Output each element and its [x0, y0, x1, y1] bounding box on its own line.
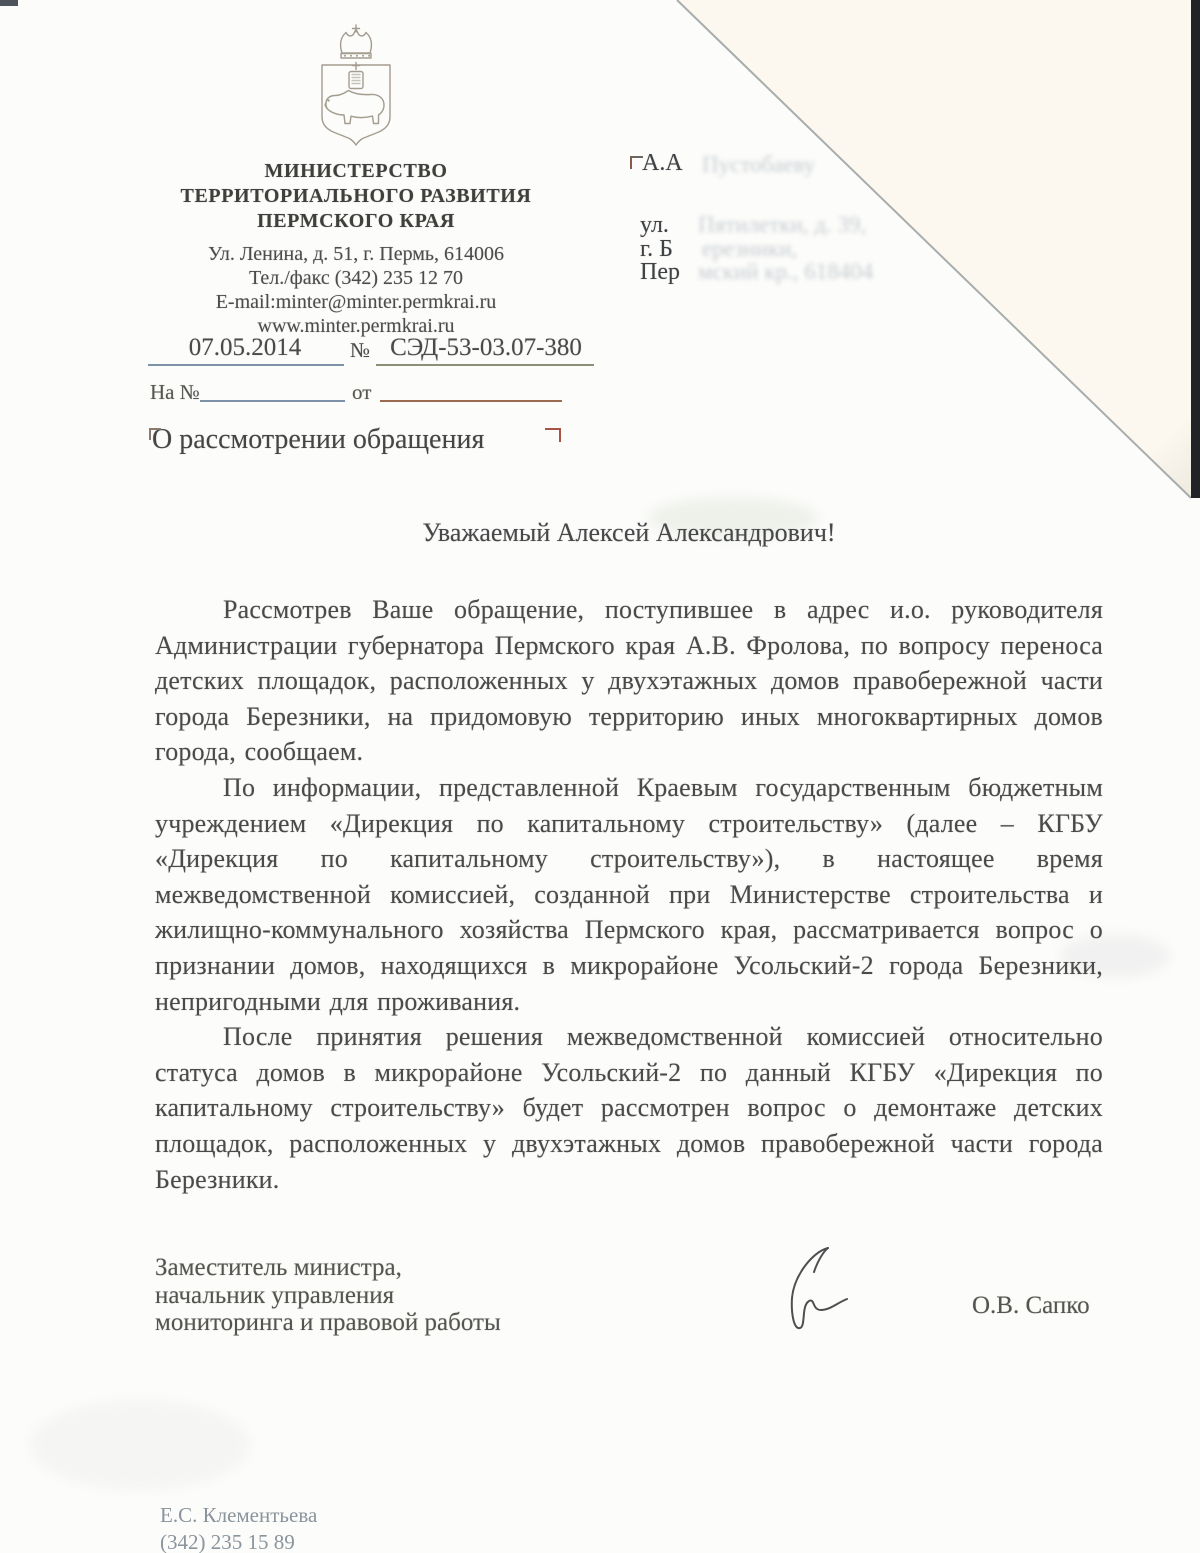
scan-edge-mark [0, 0, 18, 6]
letter-body: Уважаемый Алексей Александрович! Рассмот… [155, 518, 1103, 1197]
addressee-region-fragment: Пер [640, 259, 680, 286]
handwritten-signature-icon [762, 1240, 872, 1340]
signer-name: О.В. Сапко [972, 1292, 1090, 1320]
org-contacts: Ул. Ленина, д. 51, г. Пермь, 614006 Тел.… [140, 242, 572, 338]
signer-position-line: мониторинга и правовой работы [155, 1309, 615, 1337]
corner-mark-icon [149, 428, 161, 440]
from-underline [380, 400, 562, 402]
org-name-line: МИНИСТЕРСТВО [140, 159, 572, 184]
addressee-street-fragment: ул. [640, 212, 669, 239]
executor-phone: (342) 235 15 89 [160, 1529, 317, 1553]
addressee-initials: А.А [642, 150, 683, 177]
scan-smudge [30, 1400, 250, 1490]
org-phone: Тел./факс (342) 235 12 70 [140, 266, 572, 290]
letter-subject: О рассмотрении обращения [152, 424, 484, 456]
paragraph-3: После принятия решения межведомственной … [155, 1019, 1103, 1197]
in-reply-label: На № [150, 380, 200, 405]
salutation: Уважаемый Алексей Александрович! [155, 518, 1103, 548]
addressee-faint-street: Пятилетки, д. 39, [698, 212, 866, 238]
corner-mark-icon [630, 156, 643, 169]
paragraph-2: По информации, представленной Краевым го… [155, 770, 1103, 1019]
addressee-faint-region: мский кр., 618404 [698, 259, 873, 285]
from-label: от [352, 380, 371, 405]
corner-mark-icon [545, 428, 561, 442]
number-underline [376, 364, 594, 366]
in-reply-underline [200, 400, 345, 402]
scanner-edge-strip [1191, 0, 1200, 498]
letter-date: 07.05.2014 [150, 334, 340, 362]
signer-position: Заместитель министра, начальник управлен… [155, 1254, 615, 1337]
number-sign: № [350, 338, 370, 363]
scanned-letter-page: Пустобаеву Пятилетки, д. 39, ерезники, м… [0, 0, 1200, 1553]
executor-name: Е.С. Клементьева [160, 1502, 317, 1529]
org-address: Ул. Ленина, д. 51, г. Пермь, 614006 [140, 242, 572, 266]
letterhead: МИНИСТЕРСТВО ТЕРРИТОРИАЛЬНОГО РАЗВИТИЯ П… [140, 24, 572, 338]
perm-krai-coat-of-arms-icon [318, 24, 394, 146]
addressee-faint-name: Пустобаеву [702, 152, 815, 178]
date-underline [148, 364, 344, 366]
letter-number: СЭД-53-03.07-380 [378, 334, 594, 362]
signer-position-line: начальник управления [155, 1282, 615, 1310]
executor-block: Е.С. Клементьева (342) 235 15 89 [160, 1502, 317, 1553]
paragraph-1: Рассмотрев Ваше обращение, поступившее в… [155, 592, 1103, 770]
signer-position-line: Заместитель министра, [155, 1254, 615, 1282]
org-email: E-mail:minter@minter.permkrai.ru [140, 290, 572, 314]
org-name: МИНИСТЕРСТВО ТЕРРИТОРИАЛЬНОГО РАЗВИТИЯ П… [140, 159, 572, 234]
org-name-line: ТЕРРИТОРИАЛЬНОГО РАЗВИТИЯ [140, 184, 572, 209]
org-name-line: ПЕРМСКОГО КРАЯ [140, 209, 572, 234]
